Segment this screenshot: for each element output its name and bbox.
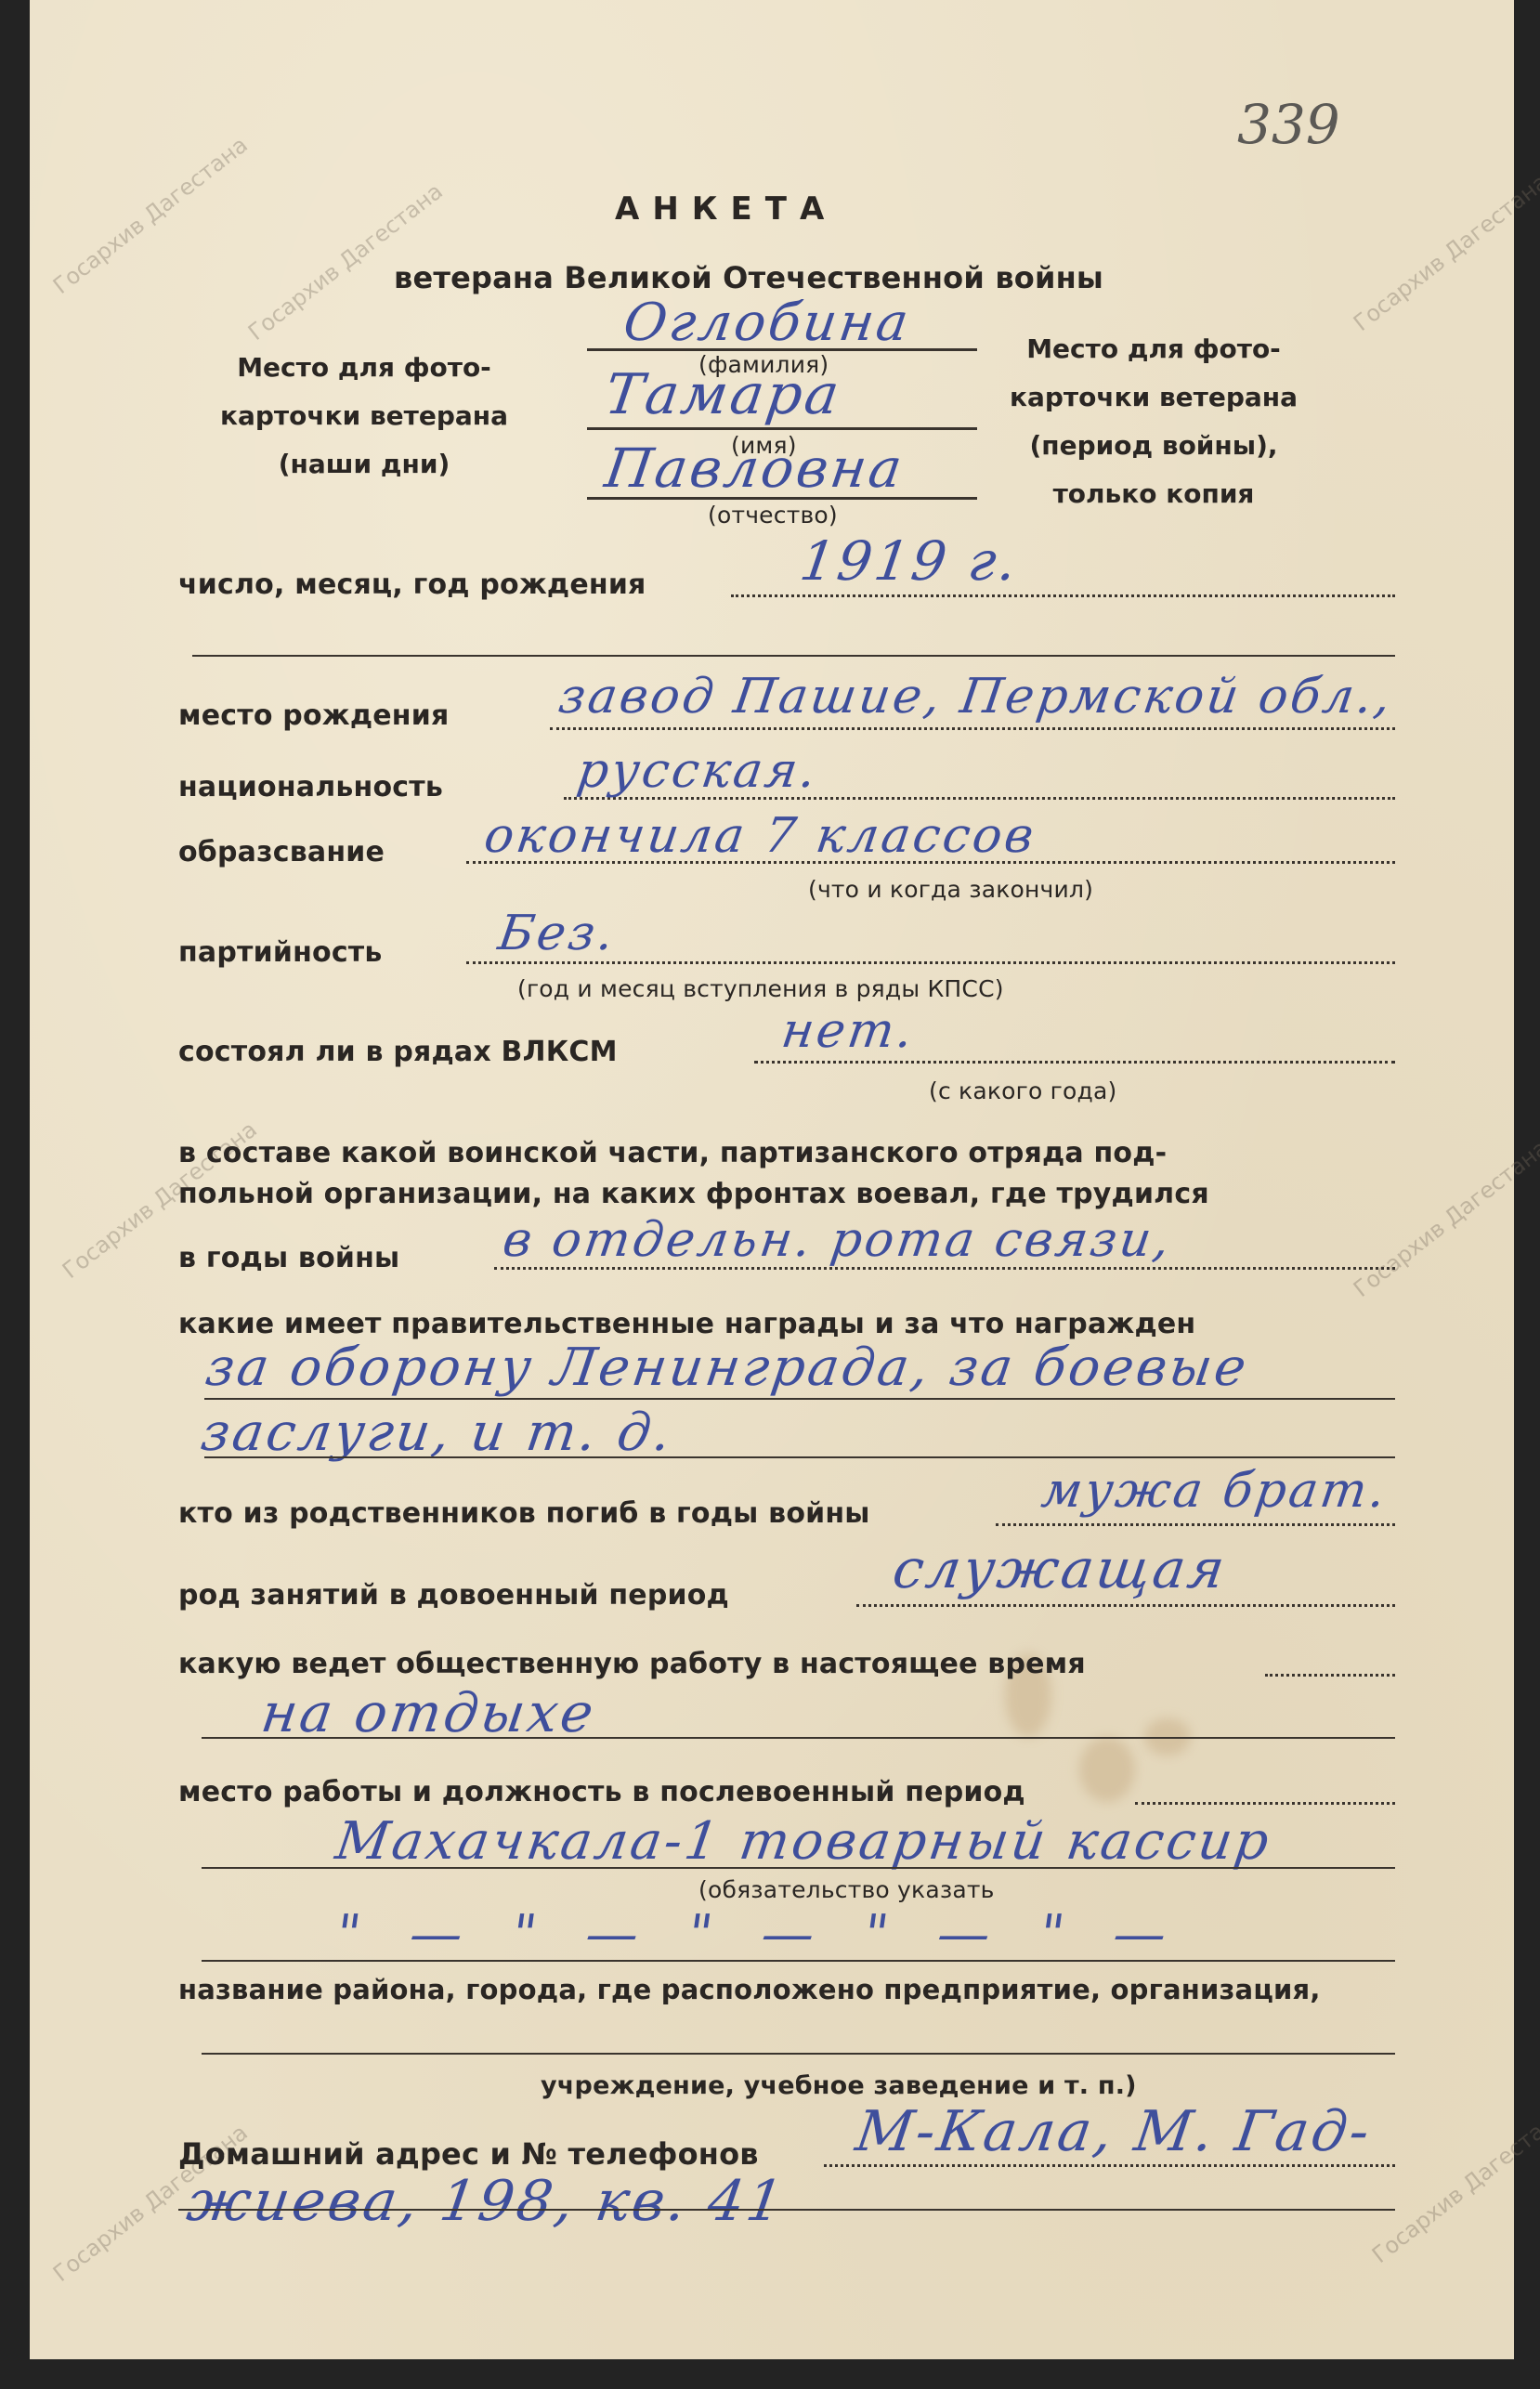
- war-service-value[interactable]: в отдельн. рота связи,: [500, 1212, 1176, 1268]
- home-address-line-1: [824, 2164, 1395, 2167]
- photo-left-line: (наши дни): [211, 440, 517, 489]
- first-name-value[interactable]: Тамара: [601, 362, 845, 427]
- surname-value[interactable]: Оглобина: [620, 293, 914, 353]
- birth-date-label: число, месяц, год рождения: [178, 568, 646, 601]
- public-work-line: [202, 1737, 1395, 1739]
- org-location-caption: учреждение, учебное заведение и т. п.): [541, 2071, 1137, 2100]
- komsomol-caption: (с какого года): [929, 1077, 1116, 1104]
- war-service-label-3: в годы войны: [178, 1242, 399, 1274]
- birth-place-label: место рождения: [178, 699, 449, 732]
- archive-watermark: Госархив Дагестана: [1349, 169, 1540, 336]
- komsomol-line: [754, 1061, 1395, 1064]
- awards-line-2: [204, 1456, 1395, 1458]
- home-address-value-1[interactable]: М-Кала, М. Гад-: [852, 2099, 1376, 2164]
- awards-value-2[interactable]: заслуги, и т. д.: [197, 1403, 676, 1463]
- first-name-line: [587, 427, 977, 430]
- party-value[interactable]: Без.: [495, 906, 620, 961]
- party-caption: (год и месяц вступления в ряды КПСС): [517, 975, 1004, 1002]
- photo-right-line: (период войны),: [996, 422, 1312, 470]
- komsomol-value[interactable]: нет.: [778, 1003, 919, 1059]
- archive-watermark: Госархив Дагестана: [1349, 1135, 1540, 1302]
- relatives-line: [996, 1523, 1395, 1526]
- relatives-value[interactable]: мужа брат.: [1038, 1463, 1391, 1519]
- awards-value-1[interactable]: за оборону Ленинграда, за боевые: [202, 1338, 1252, 1398]
- form-subtitle: ветерана Великой Отечественной войны: [394, 260, 1103, 295]
- archive-watermark: Госархив Дагестана: [48, 132, 253, 299]
- war-service-label-2: польной организации, на каких фронтах во…: [178, 1178, 1209, 1210]
- public-work-label: какую ведет общественную работу в настоя…: [178, 1648, 1086, 1680]
- prewar-occupation-label: род занятий в довоенный период: [178, 1579, 729, 1612]
- postwar-work-label: место работы и должность в послевоенный …: [178, 1776, 1025, 1808]
- public-work-dots: [1265, 1674, 1395, 1677]
- photo-right-line: только копия: [996, 470, 1312, 518]
- patronymic-line: [587, 497, 977, 500]
- photo-right-line: карточки ветерана: [996, 373, 1312, 422]
- education-value[interactable]: окончила 7 классов: [481, 808, 1039, 864]
- birth-place-value[interactable]: завод Пашие, Пермской обл.,: [555, 669, 1397, 725]
- home-address-value-2[interactable]: жиева, 198, кв. 41: [183, 2169, 790, 2234]
- education-caption: (что и когда закончил): [808, 876, 1093, 903]
- nationality-value[interactable]: русская.: [574, 743, 822, 799]
- war-service-label-1: в составе какой воинской части, партизан…: [178, 1137, 1167, 1169]
- awards-line-1: [204, 1398, 1395, 1400]
- prewar-occupation-line: [856, 1604, 1395, 1607]
- postwar-work-caption: (обязательство указать: [698, 1876, 995, 1903]
- relatives-label: кто из родственников погиб в годы войны: [178, 1497, 870, 1530]
- org-location-label: название района, города, где расположено…: [178, 1974, 1321, 2005]
- photo-placeholder-present: Место для фото- карточки ветерана (наши …: [211, 344, 517, 489]
- birth-date-value[interactable]: 1919 г.: [796, 529, 1023, 593]
- questionnaire-sheet: Госархив Дагестана Госархив Дагестана Го…: [30, 0, 1514, 2359]
- party-label: партийность: [178, 936, 383, 969]
- patronymic-caption: (отчество): [708, 502, 838, 529]
- public-work-value[interactable]: на отдыхе: [257, 1681, 600, 1744]
- home-address-line-2: [178, 2209, 1395, 2211]
- postwar-work-value-2[interactable]: " — " — " — " — " —: [332, 1904, 1186, 1965]
- postwar-work-line-2: [202, 1960, 1395, 1962]
- party-line: [466, 961, 1395, 964]
- home-address-label: Домашний адрес и № телефонов: [178, 2136, 759, 2172]
- photo-left-line: Место для фото-: [211, 344, 517, 392]
- form-title: АНКЕТА: [615, 190, 837, 228]
- photo-right-line: Место для фото-: [996, 325, 1312, 373]
- komsomol-label: состоял ли в рядах ВЛКСМ: [178, 1036, 618, 1068]
- birth-date-line: [731, 594, 1395, 597]
- birth-place-line: [550, 727, 1395, 730]
- education-label: образсвание: [178, 836, 385, 868]
- postwar-work-dots: [1135, 1802, 1395, 1805]
- postwar-work-value-1[interactable]: Махачкала-1 товарный кассир: [332, 1811, 1274, 1872]
- awards-label: какие имеет правительственные награды и …: [178, 1308, 1195, 1340]
- prewar-occupation-value[interactable]: служащая: [889, 1537, 1231, 1600]
- sheet-number: 339: [1237, 93, 1340, 156]
- patronymic-value[interactable]: Павловна: [601, 437, 908, 500]
- photo-left-line: карточки ветерана: [211, 392, 517, 440]
- org-location-line: [202, 2053, 1395, 2055]
- stain: [1079, 1737, 1135, 1802]
- photo-placeholder-wartime: Место для фото- карточки ветерана (перио…: [996, 325, 1312, 518]
- archive-watermark: Госархив Дагестана: [1367, 2101, 1540, 2268]
- postwar-work-line-1: [202, 1867, 1395, 1869]
- blank-line: [192, 655, 1395, 657]
- nationality-label: национальность: [178, 771, 443, 803]
